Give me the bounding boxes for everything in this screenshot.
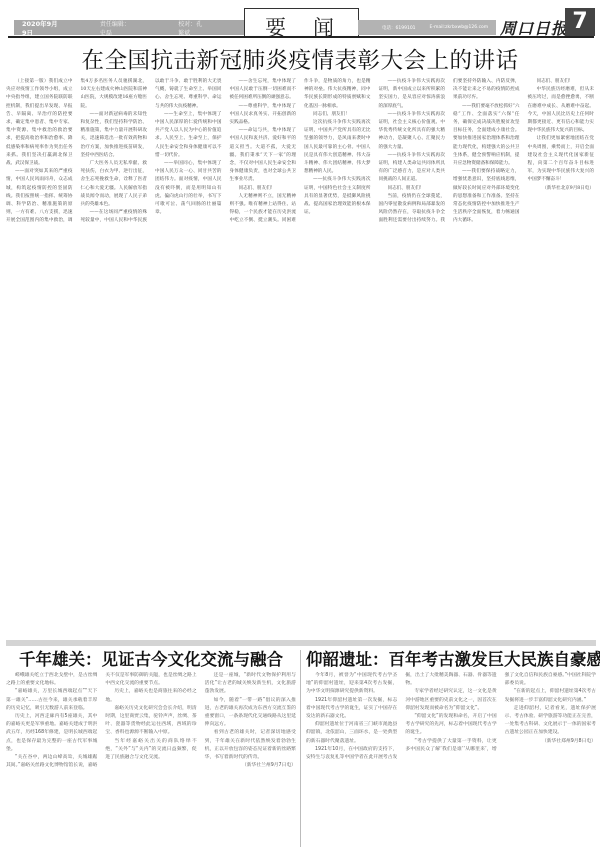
section-divider — [6, 640, 596, 646]
paragraph: ——抗疫斗争伟大实践再次证明，构建人类命运共同体所具有的广泛感召力，是应对人类共… — [379, 152, 446, 185]
paragraph: “嘉峪雄关，万里长城西端起点”“天下第一雄关”……古往今来，雄关承载着丰厚的历史… — [6, 688, 97, 713]
paragraph: 当年经嘉峪关出关的商队络绎不绝，“关外”与“关内”的交流日益频繁，促进了民族融合… — [105, 738, 196, 763]
contact-phone: 电话：6199101 — [382, 25, 416, 31]
article-jiayuguan: 千年雄关：见证古今文化交流与融合 嵯峨雄关屹立于西北戈壁中，是古丝绸之路上的重要… — [6, 648, 296, 847]
paragraph: ——舍生忘死，集中体现了中国人民敢于压倒一切困难而不被任何困难所压倒的顽强意志。 — [230, 78, 297, 103]
paragraph: 同志们、朋友们！ — [379, 185, 446, 193]
paragraph: 同志们、朋友们！ — [230, 185, 297, 193]
masthead-info-band-left: 2020年9月9日 责任编辑：史磊 校对：孔繁斌 — [14, 20, 244, 35]
paragraph: ——举国同心，集中体现了中国人民万众一心、同甘共苦的团结伟力。面对疫情，中国人民… — [155, 160, 222, 217]
paragraph: 嵯峨雄关屹立于西北戈壁中，是古丝绸之路上的重要文化地标。 — [6, 672, 97, 688]
dateline: （新华社北京9月8日电） — [528, 185, 595, 193]
paragraph: ——我们要毫不放松抓好“六稳”工作、全面落实“六保”任务，确保完成决战决胜脱贫攻… — [453, 103, 520, 169]
column-divider — [300, 650, 301, 847]
paragraph: “在新的起点上，仰韶村遗址第4次考古发掘将进一步丰富仰韶文化研究内涵。” — [505, 688, 596, 704]
article-body: 今年8月，被誉为“中国现代考古学圣地”的仰韶村遗址，迎来第4次考古发掘，为中华文… — [306, 672, 596, 844]
contact-email: E-mail:zkrbxwb@126.com — [430, 25, 489, 30]
paragraph: 今年8月，被誉为“中国现代考古学圣地”的仰韶村遗址，迎来第4次考古发掘，为中华文… — [306, 672, 397, 697]
article-yangshao: 仰韶遗址：百年考古激发巨大民族自豪感 今年8月，被誉为“中国现代考古学圣地”的仰… — [306, 648, 596, 847]
masthead-rule — [8, 36, 594, 38]
paragraph: 如今，随着“一带一路”倡议的深入推进，古老的雄关再次成为东西方交流互鉴的重要窗口… — [205, 697, 296, 730]
article-headline: 仰韶遗址：百年考古激发巨大民族自豪感 — [306, 648, 596, 672]
masthead: 2020年9月9日 责任编辑：史磊 校对：孔繁斌 要 闻 电话：6199101 … — [0, 0, 600, 40]
paragraph: 同志们、朋友们！ — [528, 78, 595, 86]
issue-date: 2020年9月9日 — [22, 19, 58, 37]
main-headline: 在全国抗击新冠肺炎疫情表彰大会上的讲话 — [0, 43, 600, 75]
paragraph: 走进仰韶村，记者看见，遗址保护展示、考古体验、研学旅游等功能正在完善，一处集考古… — [505, 705, 596, 738]
paragraph: （上接第一版）我们成立中央应对疫情工作领导小组，成立中央指导组，建立国务院联防联… — [6, 78, 73, 168]
dateline: （新华社郑州9月8日电） — [505, 738, 596, 746]
page-number: 7 — [565, 8, 595, 36]
article-headline: 千年雄关：见证古今文化交流与融合 — [6, 648, 296, 672]
paragraph: 看到古老的雄关时，记者深切地感受到，千年雄关在新时代依然焕发着勃勃生机，正以开放… — [205, 729, 296, 762]
paragraph: “仰韶文化”的发现和命名，开启了中国考古学研究的先河，标志着中国现代考古学的诞生… — [405, 713, 496, 738]
paragraph: ——面对新冠病毒的未知性和复杂性，我们坚持科学防治、精准施策，集中力量开展科研攻… — [81, 111, 148, 160]
paragraph: 还是一座城，“新时代文物保护利用与活化”让古老的城关焕发新生机，文化旅游蓬勃发展… — [205, 672, 296, 697]
paragraph: 仰韶村遗址位于河南省三门峡市渑池县仰韶镇，北依韶山，三面环水，是一处典型的新石器… — [306, 721, 397, 746]
paragraph: 专家学者经过研究认定，这一文化是黄河中游地区重要的史前文化之一，因首次在仰韶村发… — [405, 688, 496, 713]
paragraph: 广大医务人员无私奉献、救死扶伤，白衣为甲、逆行出征，舍生忘死挽救生命，诠释了医者… — [81, 160, 148, 209]
paragraph: 让我们更加紧密地团结在党中央周围，乘势而上，开启全面建设社会主义现代化国家新征程… — [528, 135, 595, 184]
paragraph: ——命运与共，集中体现了中国人民和衷共济、爱好和平的道义担当。大道不孤，大爱无疆… — [230, 127, 297, 184]
paragraph: ——抗疫斗争伟大实践再次证明，中国特色社会主义制度所具有的显著优势，是抵御风险挑… — [304, 176, 371, 217]
paragraph: 历史上，嘉峪关也是商旅往来的必经之地。 — [105, 688, 196, 704]
paragraph: ——尊重科学，集中体现了中国人民求真务实、开拓创新的实践品格。 — [230, 103, 297, 128]
paragraph: ——我们要保持战略定力，增强忧患意识，坚持底线思维，做好较长时间应对外部环境变化… — [453, 168, 520, 225]
paragraph: 嘉峪关历史文化研究会会长介绍，明清时期，这里商贾云集，驼铃声声，丝绸、茶叶、瓷器… — [105, 705, 196, 738]
article-body: 嵯峨雄关屹立于西北戈壁中，是古丝绸之路上的重要文化地标。 “嘉峪雄关，万里长城西… — [6, 672, 296, 844]
paragraph: 同志们、朋友们！ — [304, 111, 371, 119]
paragraph: ——抗疫斗争伟大实践再次证明，新中国成立以来所积累的坚实国力，是从容应对惊涛骇浪… — [379, 78, 446, 111]
paragraph: 历史上，河西走廊内有5座雄关，其中的嘉峪关更是军事重地。嘉峪关建成于明洪武五年，… — [6, 713, 97, 754]
paragraph: 中华民族历经磨难，但从未被压垮过，而是愈挫愈勇，不断在磨难中成长、从磨难中奋起。… — [528, 86, 595, 135]
paragraph: ——抗疫斗争伟大实践再次证明，社会主义核心价值观、中华优秀传统文化所具有的强大精… — [379, 111, 446, 152]
paragraph: 这次抗疫斗争伟大实践再次证明，中国共产党所具有的无比坚强的领导力，是风雨来袭时中… — [304, 119, 371, 176]
main-article-body: （上接第一版）我们成立中央应对疫情工作领导小组，成立中央指导组，建立国务院联防联… — [6, 78, 594, 638]
masthead-info-band-right: 电话：6199101 E-mail:zkrbxwb@126.com — [358, 20, 496, 35]
paragraph: ——生命至上，集中体现了中国人民深厚的仁爱传统和中国共产党人以人民为中心的价值追… — [155, 111, 222, 160]
section-title-box: 要 闻 — [244, 8, 359, 37]
proofreader-credit: 校对：孔繁斌 — [178, 19, 206, 37]
dateline: （新华社兰州9月7日电） — [205, 762, 296, 770]
paragraph: 1921年仰韶村遗址第一次发掘，标志着中国现代考古学的诞生，证实了中国存在发达的… — [306, 697, 397, 722]
editor-credit: 责任编辑：史磊 — [100, 19, 132, 37]
